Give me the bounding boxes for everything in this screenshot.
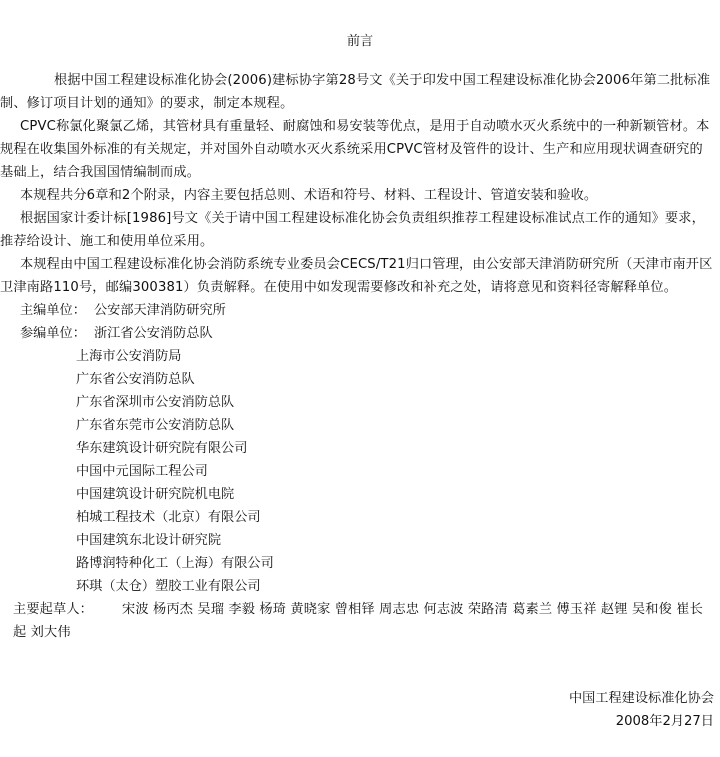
paragraph-basis: 根据中国工程建设标准化协会(2006)建标协字第28号文《关于印发中国工程建设标… — [0, 69, 716, 115]
page-title: 前言 — [0, 30, 720, 53]
participating-item: 路博润特种化工（上海）有限公司 — [76, 552, 716, 575]
chief-editor-label: 主编单位： — [0, 299, 94, 322]
chief-editor-value: 公安部天津消防研究所 — [94, 299, 226, 322]
signoff: 中国工程建设标准化协会 2008年2月27日 — [569, 687, 714, 733]
participating-list: 上海市公安消防局 广东省公安消防总队 广东省深圳市公安消防总队 广东省东莞市公安… — [0, 345, 716, 598]
paragraph-cpvc-intro: CPVC称氯化聚氯乙烯，其管材具有重量轻、耐腐蚀和易安装等优点，是用于自动喷水灭… — [0, 115, 716, 184]
participating-item: 华东建筑设计研究院有限公司 — [76, 437, 716, 460]
participating-row: 参编单位： 浙江省公安消防总队 — [0, 322, 716, 345]
signoff-organization: 中国工程建设标准化协会 — [569, 687, 714, 710]
chief-editor-row: 主编单位： 公安部天津消防研究所 — [0, 299, 716, 322]
participating-item: 上海市公安消防局 — [76, 345, 716, 368]
participating-label: 参编单位： — [0, 322, 94, 345]
participating-item: 柏城工程技术（北京）有限公司 — [76, 506, 716, 529]
drafters-row: 主要起草人：宋波 杨丙杰 吴瑠 李毅 杨琦 黄晓家 曾相铎 周志忠 何志波 荣路… — [0, 598, 716, 644]
participating-item: 中国建筑东北设计研究院 — [76, 529, 716, 552]
paragraph-contents: 本规程共分6章和2个附录，内容主要包括总则、术语和符号、材料、工程设计、管道安装… — [0, 184, 716, 207]
paragraph-management: 本规程由中国工程建设标准化协会消防系统专业委员会CECS/T21归口管理，由公安… — [0, 253, 716, 299]
document-body: 根据中国工程建设标准化协会(2006)建标协字第28号文《关于印发中国工程建设标… — [0, 69, 716, 644]
drafters-label: 主要起草人： — [13, 598, 122, 621]
participating-item: 中国建筑设计研究院机电院 — [76, 483, 716, 506]
participating-item: 环琪（太仓）塑胶工业有限公司 — [76, 575, 716, 598]
participating-item: 广东省深圳市公安消防总队 — [76, 391, 716, 414]
signoff-date: 2008年2月27日 — [569, 710, 714, 733]
participating-first: 浙江省公安消防总队 — [94, 322, 213, 345]
participating-item: 广东省东莞市公安消防总队 — [76, 414, 716, 437]
participating-item: 广东省公安消防总队 — [76, 368, 716, 391]
paragraph-recommendation: 根据国家计委计标[1986]号文《关于请中国工程建设标准化协会负责组织推荐工程建… — [0, 207, 716, 253]
participating-item: 中国中元国际工程公司 — [76, 460, 716, 483]
